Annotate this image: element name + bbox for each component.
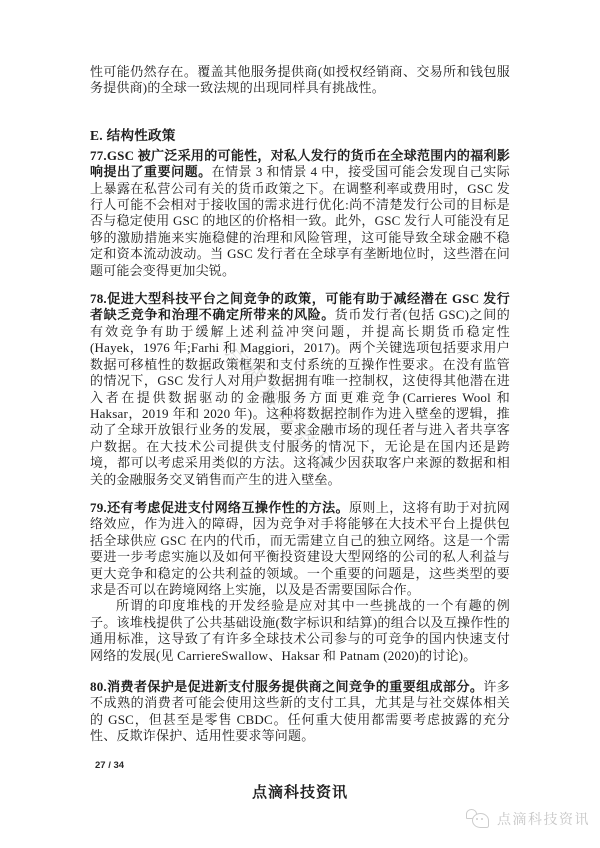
- paragraph-78-body: 货币发行者(包括 GSC)之间的有效竞争有助于缓解上述利益冲突问题，并提高长期货…: [90, 307, 510, 486]
- paragraph-80-lead: 80.消费者保护是促进新支付服务提供商之间竞争的重要组成部分。: [90, 679, 483, 694]
- paragraph-79: 79.还有考虑促进支付网络互操作性的方法。原则上，这将有助于对抗网络效应，作为进…: [90, 500, 510, 598]
- page-number: 27 / 34: [95, 760, 124, 771]
- document-page: 性可能仍然存在。覆盖其他服务提供商(如授权经销商、交易所和钱包服务提供商)的全球…: [0, 0, 600, 848]
- paragraph-79-lead: 79.还有考虑促进支付网络互操作性的方法。: [90, 500, 349, 515]
- paragraph-78: 78.促进大型科技平台之间竞争的政策，可能有助于减经潜在 GSC 发行者缺乏竞争…: [90, 291, 510, 488]
- corner-watermark-text: 点滴科技资讯: [497, 809, 590, 829]
- document-content: 性可能仍然存在。覆盖其他服务提供商(如授权经销商、交易所和钱包服务提供商)的全球…: [90, 64, 510, 757]
- paragraph-continuation: 性可能仍然存在。覆盖其他服务提供商(如授权经销商、交易所和钱包服务提供商)的全球…: [90, 64, 510, 97]
- paragraph-77: 77.GSC 被广泛采用的可能性，对私人发行的货币在全球范围内的福利影响提出了重…: [90, 148, 510, 279]
- section-header-structural-policy: E. 结构性政策: [90, 124, 510, 144]
- footer-brand-title: 点滴科技资讯: [0, 781, 600, 802]
- paragraph-77-body: 在情景 3 和情景 4 中，接受国可能会发现自己实际上暴露在私营公司有关的货币政…: [90, 164, 510, 277]
- corner-watermark: 点滴科技资讯: [466, 808, 590, 830]
- droplet-chat-logo-icon: [466, 808, 492, 830]
- logo-bubble-big: [472, 813, 489, 828]
- paragraph-india-stack: 所谓的印度堆栈的开发经验是应对其中一些挑战的一个有趣的例子。该堆栈提供了公共基础…: [90, 598, 510, 664]
- paragraph-80: 80.消费者保护是促进新支付服务提供商之间竞争的重要组成部分。许多不成熟的消费者…: [90, 679, 510, 745]
